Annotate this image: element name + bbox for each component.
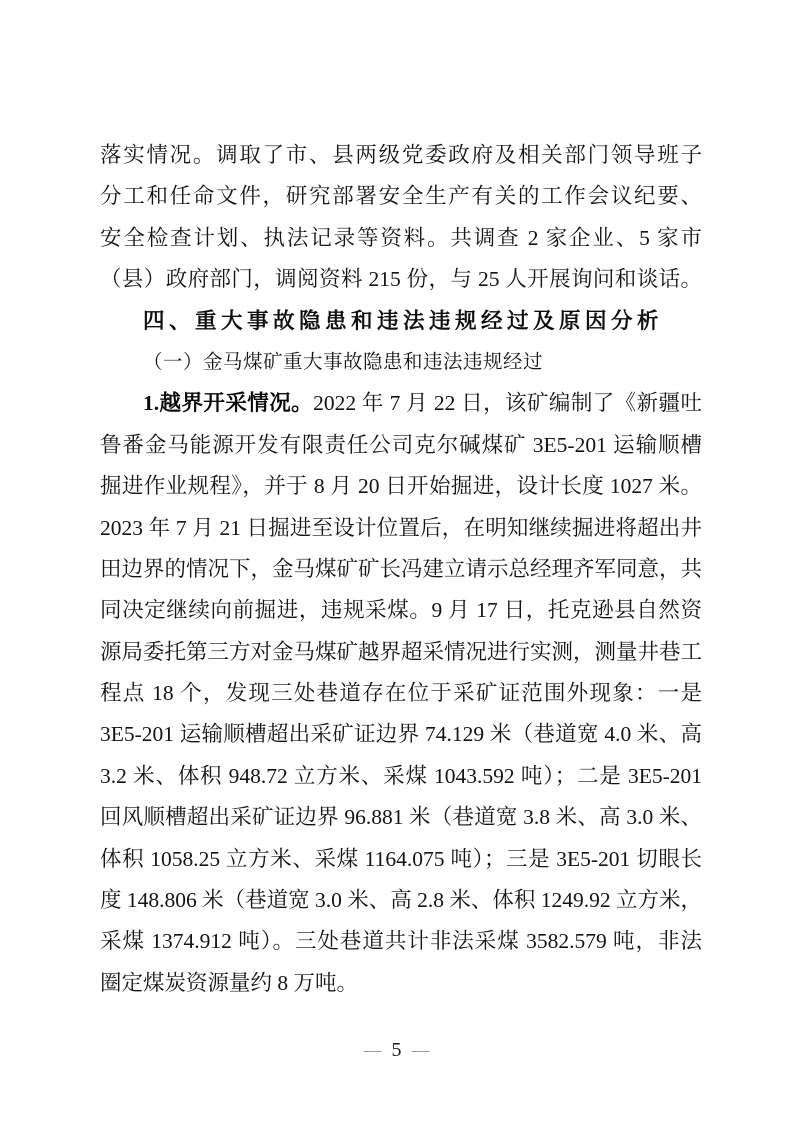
text-line: 3E5-201 运输顺槽超出采矿证边界 74.129 米（巷道宽 4.0 米、高 — [100, 714, 702, 755]
paragraph-lead-bold: 1.越界开采情况。 — [143, 391, 313, 415]
footer-dash-left: — — [354, 1040, 392, 1060]
document-body: 落实情况。调取了市、县两级党委政府及相关部门领导班子 分工和任命文件，研究部署安… — [100, 135, 702, 1004]
paragraph-lead-rest: 2022 年 7 月 22 日，该矿编制了《新疆吐 — [313, 391, 702, 415]
text-line: 同决定继续向前掘进，违规采煤。9 月 17 日，托克逊县自然资 — [100, 590, 702, 631]
text-line: 鲁番金马能源开发有限责任公司克尔碱煤矿 3E5-201 运输顺槽 — [100, 425, 702, 466]
text-line: 回风顺槽超出采矿证边界 96.881 米（巷道宽 3.8 米、高 3.0 米、 — [100, 797, 702, 838]
text-line: 分工和任命文件，研究部署安全生产有关的工作会议纪要、 — [100, 176, 702, 217]
text-line: 体积 1058.25 立方米、采煤 1164.075 吨）；三是 3E5-201… — [100, 839, 702, 880]
text-line: 度 148.806 米（巷道宽 3.0 米、高 2.8 米、体积 1249.92… — [100, 880, 702, 921]
text-line: 田边界的情况下，金马煤矿矿长冯建立请示总经理齐军同意，共 — [100, 549, 702, 590]
paragraph-1: 落实情况。调取了市、县两级党委政府及相关部门领导班子 分工和任命文件，研究部署安… — [100, 135, 702, 301]
page-footer: —5— — [0, 1036, 793, 1064]
section-heading: 四、重大事故隐患和违法违规经过及原因分析 — [100, 301, 702, 342]
text-line: 程点 18 个，发现三处巷道存在位于采矿证范围外现象：一是 — [100, 673, 702, 714]
paragraph-2: 1.越界开采情况。2022 年 7 月 22 日，该矿编制了《新疆吐 鲁番金马能… — [100, 383, 702, 1004]
text-line: 安全检查计划、执法记录等资料。共调查 2 家企业、5 家市 — [100, 218, 702, 259]
text-line: 2023 年 7 月 21 日掘进至设计位置后，在明知继续掘进将超出井 — [100, 508, 702, 549]
text-line: 源局委托第三方对金马煤矿越界超采情况进行实测，测量井巷工 — [100, 632, 702, 673]
footer-dash-right: — — [402, 1040, 440, 1060]
text-line: 3.2 米、体积 948.72 立方米、采煤 1043.592 吨）；二是 3E… — [100, 756, 702, 797]
subsection-heading: （一）金马煤矿重大事故隐患和违法违规经过 — [100, 342, 702, 383]
document-page: 落实情况。调取了市、县两级党委政府及相关部门领导班子 分工和任命文件，研究部署安… — [0, 0, 793, 1122]
text-line: 落实情况。调取了市、县两级党委政府及相关部门领导班子 — [100, 135, 702, 176]
text-line: 采煤 1374.912 吨）。三处巷道共计非法采煤 3582.579 吨，非法 — [100, 921, 702, 962]
text-line: 掘进作业规程》，并于 8 月 20 日开始掘进，设计长度 1027 米。 — [100, 466, 702, 507]
footer-page-number: 5 — [392, 1039, 402, 1061]
text-line: 圈定煤炭资源量约 8 万吨。 — [100, 963, 702, 1004]
text-line: （县）政府部门，调阅资料 215 份，与 25 人开展询问和谈话。 — [100, 259, 702, 300]
text-line: 1.越界开采情况。2022 年 7 月 22 日，该矿编制了《新疆吐 — [100, 383, 702, 424]
